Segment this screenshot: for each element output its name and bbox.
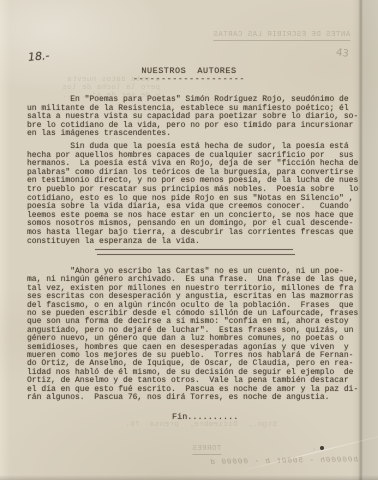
paragraph-3: "Ahora yo escribo las Cartas" no es un c… [27,268,367,403]
divider-rule-bottom [97,254,295,255]
bleedthrough-reverse-title: ANTES DE ESCRIBIR LAS CARTAS [213,31,350,41]
article-title-underline: -------------------- [0,74,378,84]
bleedthrough-bottom-line: Stgo., Diciembre, prensa 76. [125,421,277,429]
paragraph-1: En "Poemas para Poetas" Simón Rodríguez … [27,96,367,139]
paper-crease [232,431,378,473]
divider-rule-top [95,249,293,250]
scanned-document-page: 18.- 43 ANTES DE ESCRIBIR LAS CARTAS a e… [0,0,378,480]
paragraph-2: Sin duda que la poesía está hecha de sud… [27,143,367,246]
corner-pencil-mark: 43 [335,47,349,60]
page-number: 18.- [27,49,50,64]
bleedthrough-signature: TORRES [192,445,221,455]
